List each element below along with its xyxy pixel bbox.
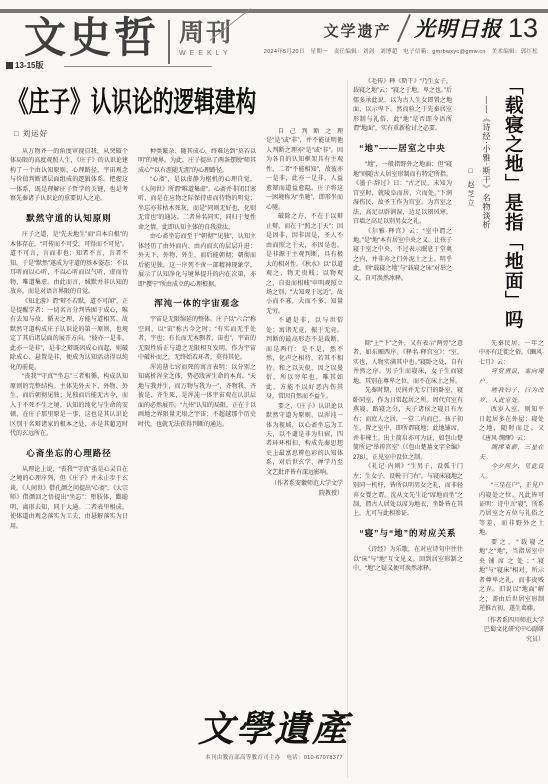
subheading: 默然守道的认知原则 [10,212,128,225]
paragraph: 从万物齐一的角度审视自我，从突破个体局限的高度观照人生，《庄子》的认识论建构了一… [10,148,128,205]
right-article-author: □ 赵芝立 [465,168,475,258]
subheading: “地”——居室之中央 [353,142,452,155]
edition-rule [64,66,212,67]
paragraph: 《知北游》谓“辩不若默，道不可闻”，正是提醒学者：一切名言分判皆囿于成心，唯有去… [10,298,128,374]
masthead-left: 文史哲 周刊 WEEKLY [24,18,233,64]
paragraph: 改岁入室，则知平日起居多在外屋；寝处之地，随时而迁。又《唐风·绸缪》云： [479,406,544,444]
paragraph: 先秦民居，一年之中亦有迁徙之俗。《豳风·七月》云： [479,340,544,368]
paragraph: 浑沌凿七窍而死的寓言表明：以分别之知离析浑全之体，势必戕害生命的本真。“天地与我… [138,364,256,430]
footer-info-line: 本刊由教育部高等教育司主办 电话：010-67078377 [194,753,354,761]
paragraph: 《诗经》为乐歌，在对应诗句中往往以“床”与“地”互文见义。回到居室形制之中，“地… [353,546,463,574]
right-article-bottom-column-2: 先秦民居，一年之中亦有迁徙之俗。《豳风·七月》云：穹窒熏鼠，塞向墐户。嗟我妇子，… [479,340,544,782]
paragraph: 《毛传》释《斯干》“乃生女子，载寝之地”云：“寝之于地，卑之也。”后儒多承此说，… [353,78,452,135]
masthead-right: 文学遗产 光明日报 13 [323,13,538,43]
newspaper-page: 文史哲 周刊 WEEKLY 文学遗产 光明日报 13 2024年5月20日 星期… [0,0,548,784]
left-article-column-1: 从万物齐一的角度审视自我，从突破个体局限的高度观照人生，《庄子》的认识论建构了一… [10,148,128,730]
newspaper-logo: 光明日报 [414,13,502,43]
verse-line: 今夕何夕，见此良人。 [479,463,544,482]
subheading: “寝”与“地”的对应关系 [353,527,463,540]
slash-divider [397,14,411,42]
page-number: 13 [508,15,538,42]
supplement-label-en: WEEKLY [179,50,233,57]
left-article-headline: 《庄子》认识论的逻辑建构 [8,88,245,119]
right-article-subtitle: ——《诗经·小雅·斯干》名物谈析 [481,96,492,296]
supplement-label: 周刊 [179,21,233,47]
paragraph: 由心斋坐忘而至于“朝彻”“见独”，认知主体经历了由外而内、由内而玄的层层升进：外… [138,233,256,290]
subheading: 心斋坐忘的心理路径 [10,447,128,460]
left-article-column-2: 种类繁杂、随其成心，终难达到“莫若以明”的境界。为此，庄子提出了两条摆脱“师其成… [138,148,256,706]
edition-marker: 13-15版 [6,60,43,71]
paragraph: 庄子之道，是“先天地生”而“自本自根”的本体存在，“可传而不可受，可得而不可见”… [10,231,128,297]
paragraph: 不谴是非，以与世俗处；寓诸无竟，振于无竟。判断的最高形态不是裁断，而是两行：是不… [266,317,343,402]
verse-line: 穹窒熏鼠，塞向墐户。 [479,368,544,387]
paragraph: 要之，《庄子》认识论以默然守道为原则，以浑沌一体为视域，以心斋坐忘为工夫，以不谴… [266,403,343,479]
edition-square-icon [6,62,13,69]
edition-label: 13-15版 [15,60,43,71]
paragraph: 《尔雅·释宫》云：“室中谓之地。”是“地”本有居室中央之义。让孩子寝于室之中央，… [353,228,452,285]
paragraph: 自己判断之理是“是”或“非”，并不能证明他人判断之理亦“是”或“非”。因为各自的… [266,128,343,213]
paragraph: 破除之方，不在于以辩止辩，而在于“照之于天”：因是因非，因非因是，圣人不由而照之… [266,213,343,317]
weekly-brand-title: 文史哲 [24,18,159,60]
left-article-author: □ 刘运好 [14,128,48,139]
right-article-bottom-column-1: 除“上”“下”之外，又有表示“两旁”之意者，如东厢西序。《释名·释宫室》：“室，… [353,340,463,780]
author-note: （作者系安徽师范大学文学院教授） [266,480,343,499]
paragraph: 从理论上说，“丧我”“守真”虽是心灵自在之境的心理序列，但《庄子》并未止步于玄谈… [10,466,128,532]
paragraph: “丧我”“守真”“坐忘”三者相循，构成认知原则的完整结构。主体先外天下、外物、外… [10,373,128,439]
right-article-headline: 「载寝之地」是指「地面」吗 [501,76,523,342]
paragraph: “心斋”，是以虚静为枢机的心理自觉，《人间世》所谓“唯道集虚”。心斋并非闭目塞听… [138,176,256,233]
footer-logo-block: 文學遺產 本刊由教育部高等教育司主办 电话：010-67078377 [194,710,354,761]
right-article-top-column: 《毛传》释《斯干》“乃生女子，载寝之地”云：“寝之于地，卑之也。”后儒多承此说，… [353,78,452,332]
brand-divider [168,20,170,64]
paragraph: 先秦时期，民间并无专门的卧室，寝卧同室，作为日常起居之所。周代宫室有燕寝、路寝之… [353,387,463,463]
paragraph: 要之，“载寝之地”之“地”，当指居室中央铺席之处；“寝地”与“寝床”相对，所示者… [479,539,544,615]
left-article-column-3: 自己判断之理是“是”或“非”，并不能证明他人判断之理亦“是”或“非”。因为各自的… [266,128,343,742]
paragraph: “三星在户”，正见户内寝处之位。凡此皆可证明：诗中言“寝”，所系乃居室之方位与礼… [479,482,544,539]
verse-line: 嗟我妇子，曰为改岁，入此室处。 [479,387,544,406]
author-note: （作者系四川师范大学巴蜀文化研究中心副研究员） [479,617,544,645]
article-divider [347,80,348,778]
paragraph: 《礼记·内则》“生男子，设弧于门左；生女子，设帨于门右”，与寝床寝地之别同一机杼… [353,463,463,520]
section-title: 文学遗产 [323,20,391,41]
literary-heritage-calligraphy: 文學遺產 [194,710,354,750]
paragraph: “地”，一般指野外之地面；但“寝地”则随古人居室形制而有特定所指。《墨子·辞过》… [353,161,452,227]
paragraph: 除“上”“下”之外，又有表示“两旁”之意者，如东厢西序。《释名·释宫室》：“室，… [353,340,463,387]
paragraph: 宇宙是无限绵延的整体。庄子以“六合”称空间，以“宙”称古今之时；“有实而无乎处者… [138,316,256,363]
subheading: 浑沌一体的宇宙观念 [138,297,256,310]
dateline: 2024年5月20日 星期一 责任编辑：刘剑 刘博超 电子信箱：gmrbwxyc… [264,47,538,55]
paragraph: 种类繁杂、随其成心，终难达到“莫若以明”的境界。为此，庄子提出了两条摆脱“师其成… [138,148,256,176]
verse-line: 绸缪束薪，三星在天。 [479,444,544,463]
